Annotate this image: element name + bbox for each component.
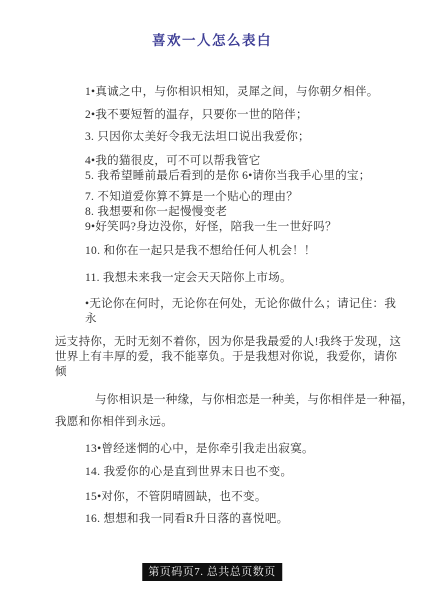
page-footer-badge: 第页码页7. 总共总页数页 <box>142 563 282 581</box>
text-line: 11. 我想未来我一定会天天陪你上市场。 <box>0 271 424 286</box>
text-line: 倾 <box>0 365 424 380</box>
document-body: 1•真诚之中，与你相识相知，灵犀之间，与你朝夕相伴。2•我不要短暂的温存，只要你… <box>0 85 424 527</box>
document-page: 喜欢一人怎么表白 1•真诚之中，与你相识相知，灵犀之间，与你朝夕相伴。2•我不要… <box>0 0 424 600</box>
text-line: 与你相识是一种缘，与你相恋是一种美，与你相伴是一种福， <box>0 393 424 408</box>
text-line: 远支持你，无时无刻不着你，因为你是我最爱的人!我终于发现，这 <box>0 335 424 350</box>
text-line: 8. 我想要和你一起慢慢变老 <box>0 205 424 220</box>
text-line: 5. 我希望睡前最后看到的是你 6•请你当我手心里的宝； <box>0 169 424 184</box>
text-line: 16. 想想和我一同看R升日落的喜悦吧。 <box>0 512 424 527</box>
text-line: 15•对你，不管阴晴圆缺，也不变。 <box>0 490 424 505</box>
text-line: 9•好笑吗?身边没你，好怪，陪我一生一世好吗？ <box>0 220 424 235</box>
text-line: 1•真诚之中，与你相识相知，灵犀之间，与你朝夕相伴。 <box>0 85 424 100</box>
text-line: 永 <box>0 312 424 327</box>
text-line: 13•曾经迷惘的心中，是你牵引我走出寂寞。 <box>0 442 424 457</box>
text-line: 10. 和你在一起只是我不想给任何人机会！！ <box>0 244 424 259</box>
text-line: •无论你在何时，无论你在何处，无论你做什么；请记住：我 <box>0 297 424 312</box>
text-line: 3. 只因你太美好令我无法坦口说出我爱你； <box>0 130 424 145</box>
text-line: 我愿和你相伴到永远。 <box>0 415 424 430</box>
document-title: 喜欢一人怎么表白 <box>0 33 424 49</box>
text-line: 世界上有丰厚的爱，我不能辜负。于是我想对你说，我爱你，请你 <box>0 350 424 365</box>
text-line: 2•我不要短暂的温存，只要你一世的陪伴； <box>0 108 424 123</box>
text-line: 4•我的猫很皮，可不可以帮我管它 <box>0 154 424 169</box>
text-line: 7. 不知道爱你算不算是一个贴心的理由？ <box>0 190 424 205</box>
text-line: 14. 我爱你的心是直到世界末日也不变。 <box>0 465 424 480</box>
